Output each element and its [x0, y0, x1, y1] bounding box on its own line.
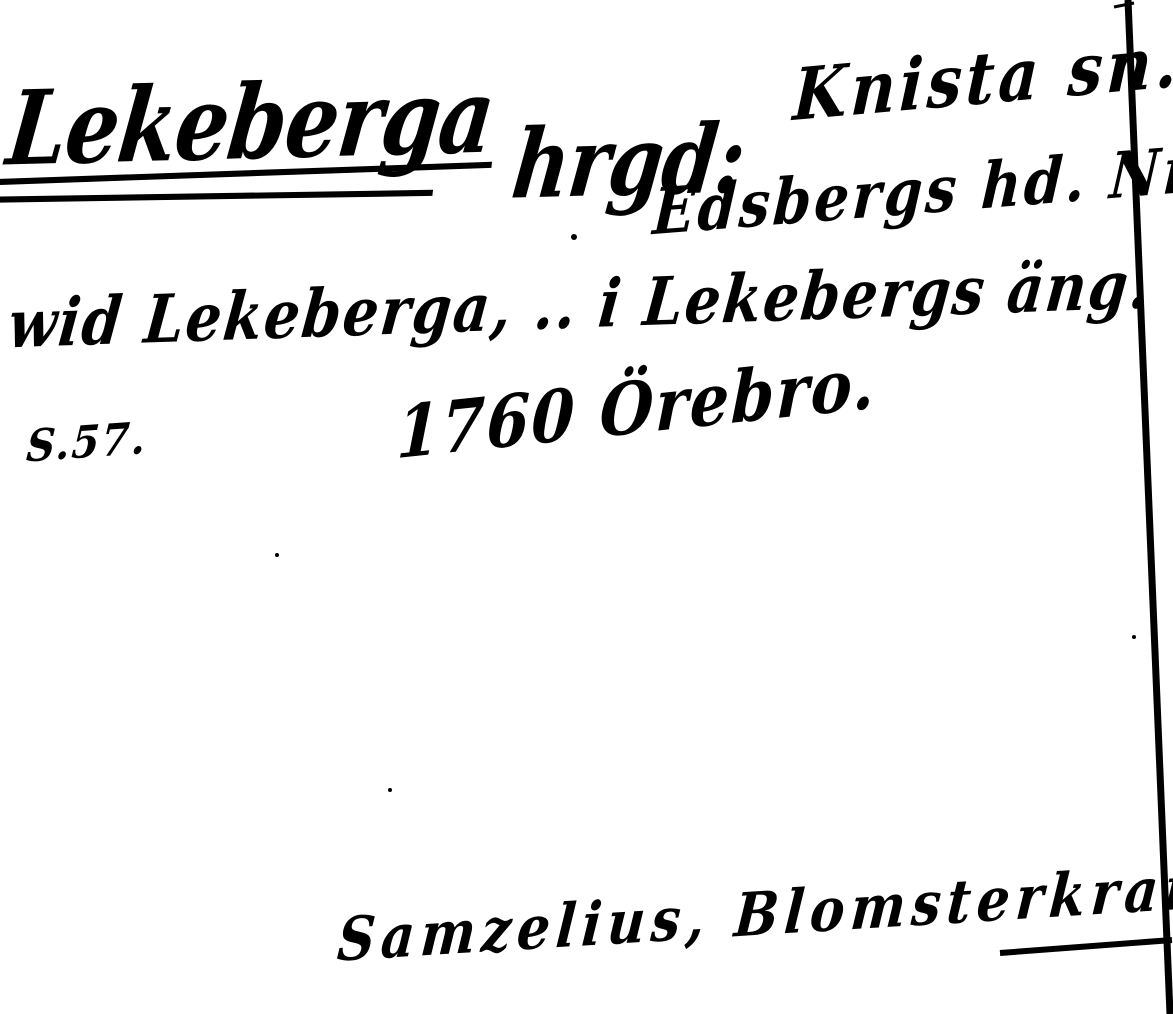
year-place-line: 1760 Örebro. — [396, 350, 878, 469]
scanned-index-card: Lekebergahrgd: Knista sn. Edsbergs hd. N… — [0, 0, 1173, 1014]
source-signature: Samzelius, Blomsterkrants. — [335, 853, 1173, 969]
ink-speck — [571, 234, 577, 240]
card-heading: Lekebergahrgd: — [3, 61, 755, 178]
ink-speck — [1132, 635, 1136, 639]
parish-note: Knista sn. — [791, 28, 1173, 130]
signature-cross-stroke — [1000, 940, 1172, 953]
page-reference: S.57. — [25, 418, 149, 469]
heading-place-name: Lekeberga — [3, 67, 499, 177]
ink-speck — [388, 788, 392, 792]
edge-top-tick — [1114, 3, 1134, 7]
ink-speck — [275, 553, 279, 557]
citation-line: wid Lekeberga, .. i Lekebergs äng. — [5, 254, 1154, 357]
